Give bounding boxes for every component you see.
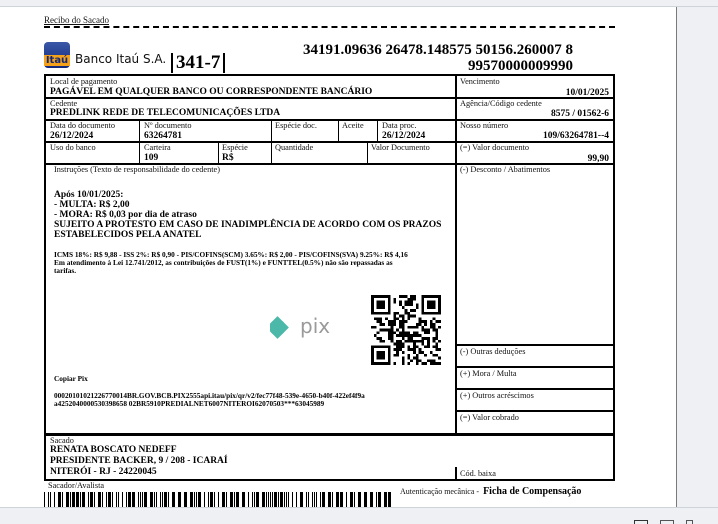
cedente-label: Cedente	[50, 99, 77, 108]
sacado-name: RENATA BOSCATO NEDEFF	[50, 445, 177, 455]
sacado-city: NITERÓI - RJ - 24220045	[50, 467, 157, 477]
outros-acrescimos-label: (+) Outros acréscimos	[460, 391, 534, 400]
svg-text:pix: pix	[300, 315, 330, 338]
especie-doc-label: Espécie doc.	[275, 121, 317, 130]
aceite-label: Aceite	[342, 121, 364, 130]
num-documento-value: 63264781	[144, 131, 182, 141]
outras-deducoes-label: (-) Outras deduções	[460, 347, 525, 356]
sacado-address: PRESIDENTE BACKER, 9 / 208 - ICARAÍ	[50, 456, 228, 466]
viewer-bottom-bar	[0, 507, 718, 524]
instructions-text: Após 10/01/2025: - MULTA: R$ 2,00 - MORA…	[54, 190, 441, 240]
data-documento-value: 26/12/2024	[50, 131, 93, 141]
continuous-view-icon[interactable]	[660, 520, 674, 524]
footer-auth: Autenticação mecânica - Ficha de Compens…	[400, 481, 581, 499]
two-page-view-icon[interactable]	[686, 520, 693, 524]
cedente-value: PREDLINK REDE DE TELECOMUNICAÇÕES LTDA	[50, 108, 280, 118]
local-pagamento-value: PAGÁVEL EM QUALQUER BANCO OU CORRESPONDE…	[50, 87, 372, 97]
pix-qr-code[interactable]	[371, 295, 441, 365]
itau-logo-icon: Itaú	[44, 42, 70, 68]
valor-documento-label: (=) Valor documento	[460, 143, 529, 152]
tax-info: ICMS 18%: R$ 9,88 - ISS 2%: R$ 0,90 - PI…	[54, 251, 408, 275]
vencimento-label: Vencimento	[460, 77, 500, 86]
receipt-label: Recibo do Sacado	[44, 15, 109, 25]
data-documento-label: Data do documento	[50, 121, 115, 130]
cod-baixa-label: Cód. baixa	[460, 469, 496, 478]
bank-name: Banco Itaú S.A.	[75, 52, 166, 66]
copy-pix-label: Copiar Pix	[54, 375, 88, 383]
carteira-label: Carteira	[144, 143, 171, 152]
viewer-side-pane	[677, 7, 718, 507]
agencia-label: Agência/Código cedente	[460, 99, 542, 108]
nosso-numero-label: Nosso número	[460, 121, 508, 130]
pix-code[interactable]: 00020101021226770014BR.GOV.BCB.PIX2555ap…	[54, 392, 365, 408]
mora-multa-label: (+) Mora / Multa	[460, 369, 517, 378]
carteira-value: 109	[144, 153, 158, 163]
instructions-label: Instruções (Texto de responsabilidade do…	[54, 165, 220, 174]
num-documento-label: Nº documento	[144, 121, 192, 130]
data-proc-value: 26/12/2024	[382, 131, 425, 141]
valor-documento-mid-label: Valor Documento	[371, 143, 430, 152]
viewer-top-bar	[0, 0, 718, 7]
sacado-label: Sacado	[50, 436, 74, 445]
uso-banco-label: Uso do banco	[50, 143, 96, 152]
pix-logo-icon: pix	[270, 315, 350, 346]
digitable-line: 34191.09636 26478.148575 50156.260007 8 …	[303, 42, 573, 74]
agencia-value: 8575 / 01562-6	[551, 109, 609, 119]
data-proc-label: Data proc.	[382, 121, 417, 130]
quantidade-label: Quantidade	[275, 143, 313, 152]
cut-line	[44, 26, 615, 28]
ficha-compensacao: Ficha de Compensação	[483, 486, 581, 497]
valor-cobrado-label: (=) Valor cobrado	[460, 413, 519, 422]
bank-code: 341-7	[171, 53, 225, 73]
boleto-grid: Local de pagamento PAGÁVEL EM QUALQUER B…	[44, 74, 615, 435]
boleto-page: Recibo do Sacado Itaú Banco Itaú S.A. 34…	[0, 7, 677, 507]
single-page-view-icon[interactable]	[634, 520, 648, 524]
desconto-label: (-) Desconto / Abatimentos	[460, 165, 550, 174]
especie-value: R$	[222, 153, 234, 163]
local-pagamento-label: Local de pagamento	[50, 77, 117, 86]
sacado-box: Sacado RENATA BOSCATO NEDEFF PRESIDENTE …	[44, 434, 615, 481]
especie-label: Espécie	[222, 143, 248, 152]
sacador-label: Sacador/Avalista	[48, 481, 104, 490]
nosso-numero-value: 109/63264781--4	[543, 131, 609, 141]
